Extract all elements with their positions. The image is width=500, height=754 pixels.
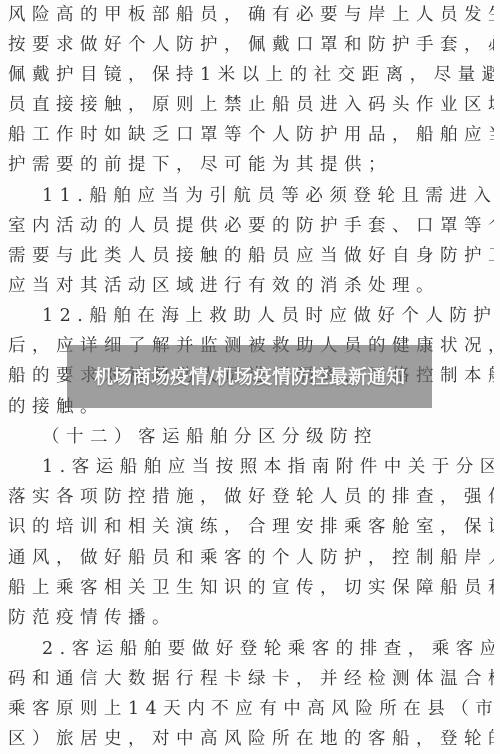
paragraph-line: 船上乘客相关卫生知识的宣传，切实保障船员和乘客的健康安全， — [8, 573, 494, 603]
paragraph-line: 护需要的前提下，尽可能为其提供； — [8, 150, 494, 180]
section-heading: （十二）客运船舶分区分级防控 — [42, 422, 494, 452]
paragraph-line: 佩戴护目镜，保持1米以上的社交距离，尽量避免船员与码头作业人 — [8, 60, 494, 90]
item-11-line: 11.船舶应当为引航员等必须登轮且需进入船舶驾驶室等进行 — [42, 181, 494, 211]
paragraph-line: 乘客原则上14天内不应有中高风险所在县（市、区、旗，直辖市为 — [8, 694, 494, 724]
item-2-line: 2.客运船舶要做好登轮乘客的排查，乘客应持有“健康码”绿 — [42, 634, 494, 664]
item-1-line: 1.客运船舶应当按照本指南附件中关于分区分级防控的建议， — [42, 452, 494, 482]
paragraph-line: 应当对其活动区域进行有效的消杀处理。 — [8, 271, 494, 301]
paragraph-line: 防范疫情传播。 — [8, 603, 494, 633]
paragraph-line: 船工作时如缺乏口罩等个人防护用品，船舶应当在确保满足自身防 — [8, 120, 494, 150]
paragraph-line: 识的培训和相关演练，合理安排乘客舱室，保证船舶舱室的消毒和 — [8, 512, 494, 542]
paragraph-line: 需要与此类人员接触的船员应当做好自身防护工作，待人员离船后 — [8, 241, 494, 271]
paragraph-line: 室内活动的人员提供必要的防护手套、口罩等个人防护装备；同时， — [8, 211, 494, 241]
paragraph-line: 按要求做好个人防护，佩戴口罩和防护手套，必要时穿戴防护服、 — [8, 30, 494, 60]
paragraph-line: 员直接接触，原则上禁止船员进入码头作业区域；码头作业人员上 — [8, 90, 494, 120]
paragraph-line: 码和通信大数据行程卡绿卡，并经检测体温合格，方可登船。客船 — [8, 664, 494, 694]
item-12-line: 12.船舶在海上救助人员时应做好个人防护。被救助人员上船 — [42, 301, 494, 331]
paragraph-line: 风险高的甲板部船员，确有必要与岸上人员发生接触时，应当严格 — [8, 0, 494, 30]
paragraph-line: 区）旅居史，对中高风险所在地的客船，登轮的乘客要求按照当地 — [8, 724, 494, 754]
title-overlay-banner: 机场商场疫情/机场疫情防控最新通知 — [67, 345, 432, 408]
overlay-title: 机场商场疫情/机场疫情防控最新通知 — [80, 366, 419, 388]
paragraph-line: 通风，做好船员和乘客的个人防护，控制船岸人员的交流，加强对 — [8, 543, 494, 573]
paragraph-line: 落实各项防控措施，做好登轮人员的排查，强化船员对疫情防控知 — [8, 482, 494, 512]
